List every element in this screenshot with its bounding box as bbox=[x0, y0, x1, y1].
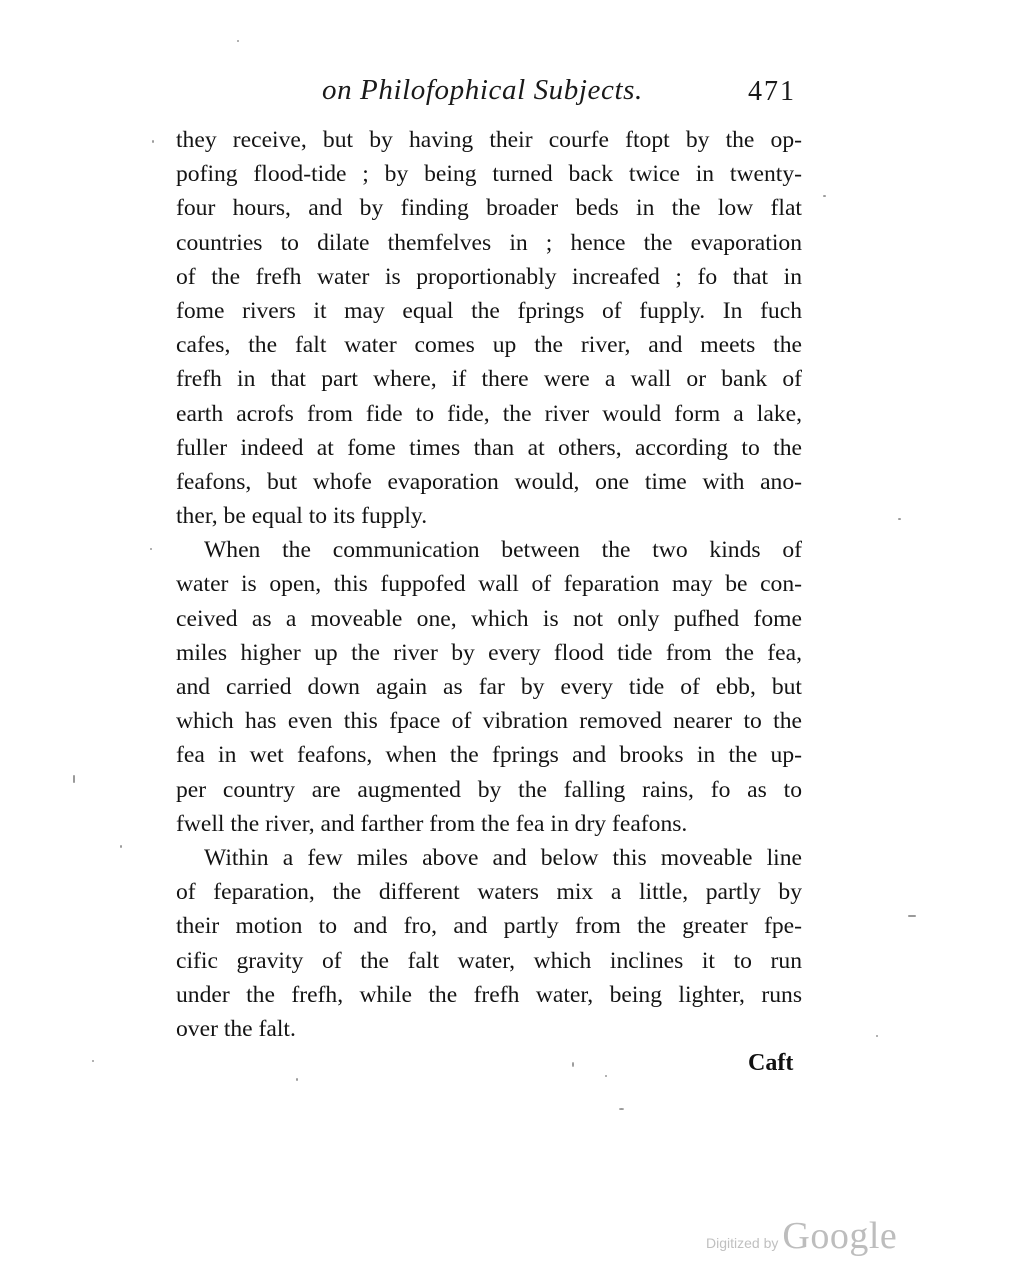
catchword: Caft bbox=[748, 1050, 793, 1077]
text-line: fome rivers it may equal the fprings of … bbox=[176, 294, 802, 328]
text-line: frefh in that part where, if there were … bbox=[176, 362, 802, 396]
scan-speck bbox=[150, 548, 152, 550]
scan-speck bbox=[92, 1060, 94, 1062]
text-line: fuller indeed at fome times than at othe… bbox=[176, 431, 802, 465]
text-line: per country are augmented by the falling… bbox=[176, 773, 802, 807]
text-line: earth acrofs from fide to fide, the rive… bbox=[176, 397, 802, 431]
running-head: on Philofophical Subjects. 471 bbox=[176, 74, 802, 114]
text-line: cific gravity of the falt water, which i… bbox=[176, 944, 802, 978]
book-page: on Philofophical Subjects. 471 they rece… bbox=[0, 0, 1014, 1282]
text-line: of feparation, the different waters mix … bbox=[176, 875, 802, 909]
scan-speck bbox=[908, 915, 916, 917]
text-line: fwell the river, and farther from the fe… bbox=[176, 807, 802, 841]
text-line: their motion to and fro, and partly from… bbox=[176, 909, 802, 943]
body-text: they receive, but by having their courfe… bbox=[176, 123, 802, 1046]
watermark-prefix: Digitized by bbox=[706, 1235, 778, 1251]
text-line: ceived as a moveable one, which is not o… bbox=[176, 602, 802, 636]
paragraph-1: they receive, but by having their courfe… bbox=[176, 123, 802, 533]
scan-speck bbox=[152, 140, 154, 143]
text-line: four hours, and by finding broader beds … bbox=[176, 191, 802, 225]
scan-speck bbox=[73, 775, 75, 783]
text-line: fea in wet feafons, when the fprings and… bbox=[176, 738, 802, 772]
text-line: ther, be equal to its fupply. bbox=[176, 499, 802, 533]
text-line: feafons, but whofe evaporation would, on… bbox=[176, 465, 802, 499]
running-title: on Philofophical Subjects. bbox=[322, 74, 643, 107]
text-line: cafes, the falt water comes up the river… bbox=[176, 328, 802, 362]
scan-speck bbox=[120, 845, 122, 848]
scan-speck bbox=[619, 1108, 624, 1110]
digitized-by-google-watermark: Digitized by Google bbox=[706, 1214, 897, 1258]
scan-speck bbox=[296, 1078, 298, 1081]
text-line: over the falt. bbox=[176, 1012, 802, 1046]
text-line: they receive, but by having their courfe… bbox=[176, 123, 802, 157]
scan-speck bbox=[898, 518, 901, 520]
scan-speck bbox=[876, 1035, 878, 1037]
text-line: When the communication between the two k… bbox=[176, 533, 802, 567]
paragraph-3: Within a few miles above and below this … bbox=[176, 841, 802, 1046]
google-logo-text: Google bbox=[782, 1215, 897, 1257]
text-line: under the frefh, while the frefh water, … bbox=[176, 978, 802, 1012]
paragraph-2: When the communication between the two k… bbox=[176, 533, 802, 841]
scan-speck bbox=[237, 40, 239, 42]
text-line: of the frefh water is proportionably inc… bbox=[176, 260, 802, 294]
page-number: 471 bbox=[748, 76, 796, 108]
text-line: and carried down again as far by every t… bbox=[176, 670, 802, 704]
scan-speck bbox=[572, 1062, 574, 1067]
scan-speck bbox=[823, 195, 826, 197]
text-line: countries to dilate themfelves in ; henc… bbox=[176, 226, 802, 260]
text-line: water is open, this fuppofed wall of fep… bbox=[176, 567, 802, 601]
text-line: Within a few miles above and below this … bbox=[176, 841, 802, 875]
text-line: pofing flood-tide ; by being turned back… bbox=[176, 157, 802, 191]
text-line: miles higher up the river by every flood… bbox=[176, 636, 802, 670]
scan-speck bbox=[605, 1075, 607, 1077]
text-line: which has even this fpace of vibration r… bbox=[176, 704, 802, 738]
